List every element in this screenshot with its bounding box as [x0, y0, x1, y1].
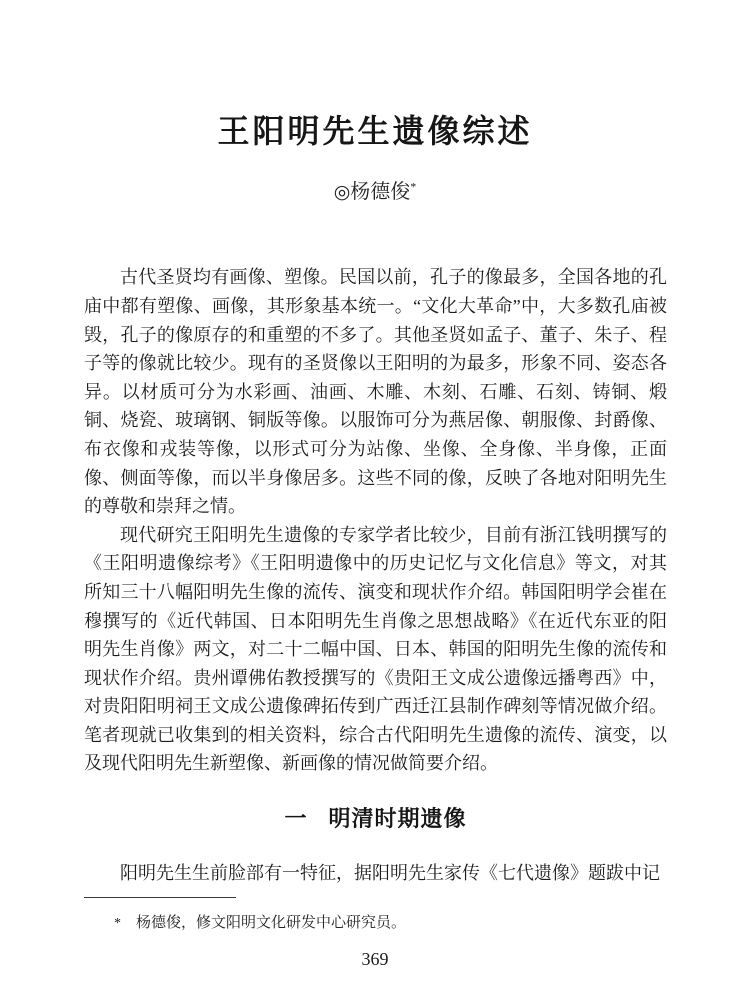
paragraph: 现代研究王阳明先生遗像的专家学者比较少，目前有浙江钱明撰写的《王阳明遗像综考》《… [84, 521, 667, 778]
author-name: 杨德俊 [350, 181, 410, 203]
paragraph: 阳明先生生前脸部有一特征，据阳明先生家传《七代遗像》题跋中记 [84, 859, 667, 888]
section-title: 明清时期遗像 [328, 806, 466, 831]
author-footnote-marker: * [410, 180, 416, 194]
article-title: 王阳明先生遗像综述 [0, 112, 750, 150]
footnote-symbol: * [114, 916, 121, 931]
footnote-text: 杨德俊，修文阳明文化研发中心研究员。 [136, 915, 406, 931]
footnote-body: *杨德俊，修文阳明文化研发中心研究员。 [84, 911, 667, 932]
author-line: ◎杨德俊* [0, 175, 750, 204]
footnote: *杨德俊，修文阳明文化研发中心研究员。 [84, 897, 667, 932]
paragraph: 古代圣贤均有画像、塑像。民国以前，孔子的像最多，全国各地的孔庙中都有塑像、画像，… [84, 263, 667, 520]
footnote-divider [84, 897, 236, 898]
author-marker-icon: ◎ [334, 182, 351, 203]
article-body: 古代圣贤均有画像、塑像。民国以前，孔子的像最多，全国各地的孔庙中都有塑像、画像，… [84, 263, 667, 887]
document-page: 王阳明先生遗像综述 ◎杨德俊* 古代圣贤均有画像、塑像。民国以前，孔子的像最多，… [0, 0, 750, 1000]
page-number: 369 [0, 949, 750, 970]
section-number: 一 [285, 806, 308, 831]
section-heading: 一明清时期遗像 [84, 805, 667, 834]
